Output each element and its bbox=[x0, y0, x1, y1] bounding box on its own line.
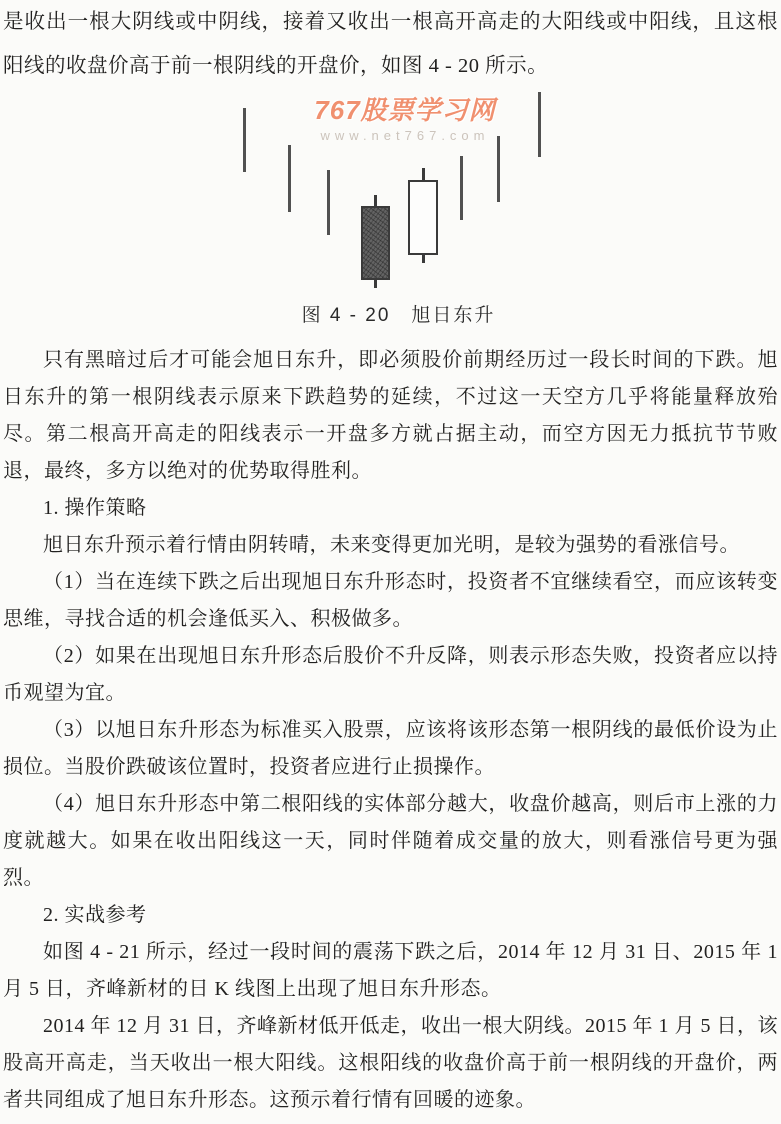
paragraph: （2）如果在出现旭日东升形态后股价不升反降，则表示形态失败，投资者应以持币观望为… bbox=[3, 638, 778, 712]
paragraph: （1）当在连续下跌之后出现旭日东升形态时，投资者不宜继续看空，而应该转变思维，寻… bbox=[3, 564, 778, 638]
paragraph: （4）旭日东升形态中第二根阳线的实体部分越大，收盘价越高，则后市上涨的力度就越大… bbox=[3, 786, 778, 897]
bullish-upper-wick bbox=[422, 168, 425, 180]
price-bar bbox=[288, 145, 291, 212]
price-bar bbox=[538, 92, 541, 157]
paragraph: 旭日东升预示着行情由阴转晴，未来变得更加光明，是较为强势的看涨信号。 bbox=[3, 527, 778, 564]
body-text: 只有黑暗过后才可能会旭日东升，即必须股价前期经历过一段长时间的下跌。旭日东升的第… bbox=[3, 342, 778, 1119]
watermark: 767股票学习网 www.net767.com bbox=[314, 90, 495, 143]
paragraph: 2014 年 12 月 31 日，齐峰新材低开低走，收出一根大阴线。2015 年… bbox=[3, 1008, 778, 1119]
price-bar bbox=[460, 156, 463, 220]
candlestick-figure: 767股票学习网 www.net767.com 图 4 - 20 旭日东升 bbox=[0, 85, 781, 303]
paragraph: 如图 4 - 21 所示，经过一段时间的震荡下跌之后，2014 年 12 月 3… bbox=[3, 934, 778, 1008]
watermark-title: 767股票学习网 bbox=[314, 90, 495, 127]
intro-paragraph: 是收出一根大阴线或中阴线，接着又收出一根高开高走的大阳线或中阳线，且这根阳线的收… bbox=[3, 0, 778, 88]
paragraph: （3）以旭日东升形态为标准买入股票，应该将该形态第一根阴线的最低价设为止损位。当… bbox=[3, 712, 778, 786]
bearish-lower-wick bbox=[374, 280, 377, 288]
price-bar bbox=[327, 170, 330, 235]
book-page: 是收出一根大阴线或中阴线，接着又收出一根高开高走的大阳线或中阳线，且这根阳线的收… bbox=[0, 0, 781, 1124]
figure-caption: 图 4 - 20 旭日东升 bbox=[0, 300, 781, 327]
price-bar bbox=[243, 108, 246, 172]
bullish-lower-wick bbox=[422, 255, 425, 263]
paragraph: 2. 实战参考 bbox=[3, 897, 778, 934]
bullish-candle-body bbox=[408, 180, 438, 255]
bearish-upper-wick bbox=[374, 195, 377, 206]
paragraph: 1. 操作策略 bbox=[3, 490, 778, 527]
price-bar bbox=[497, 136, 500, 202]
paragraph: 只有黑暗过后才可能会旭日东升，即必须股价前期经历过一段长时间的下跌。旭日东升的第… bbox=[3, 342, 778, 490]
watermark-url: www.net767.com bbox=[314, 128, 495, 143]
bearish-candle-body bbox=[361, 206, 390, 280]
